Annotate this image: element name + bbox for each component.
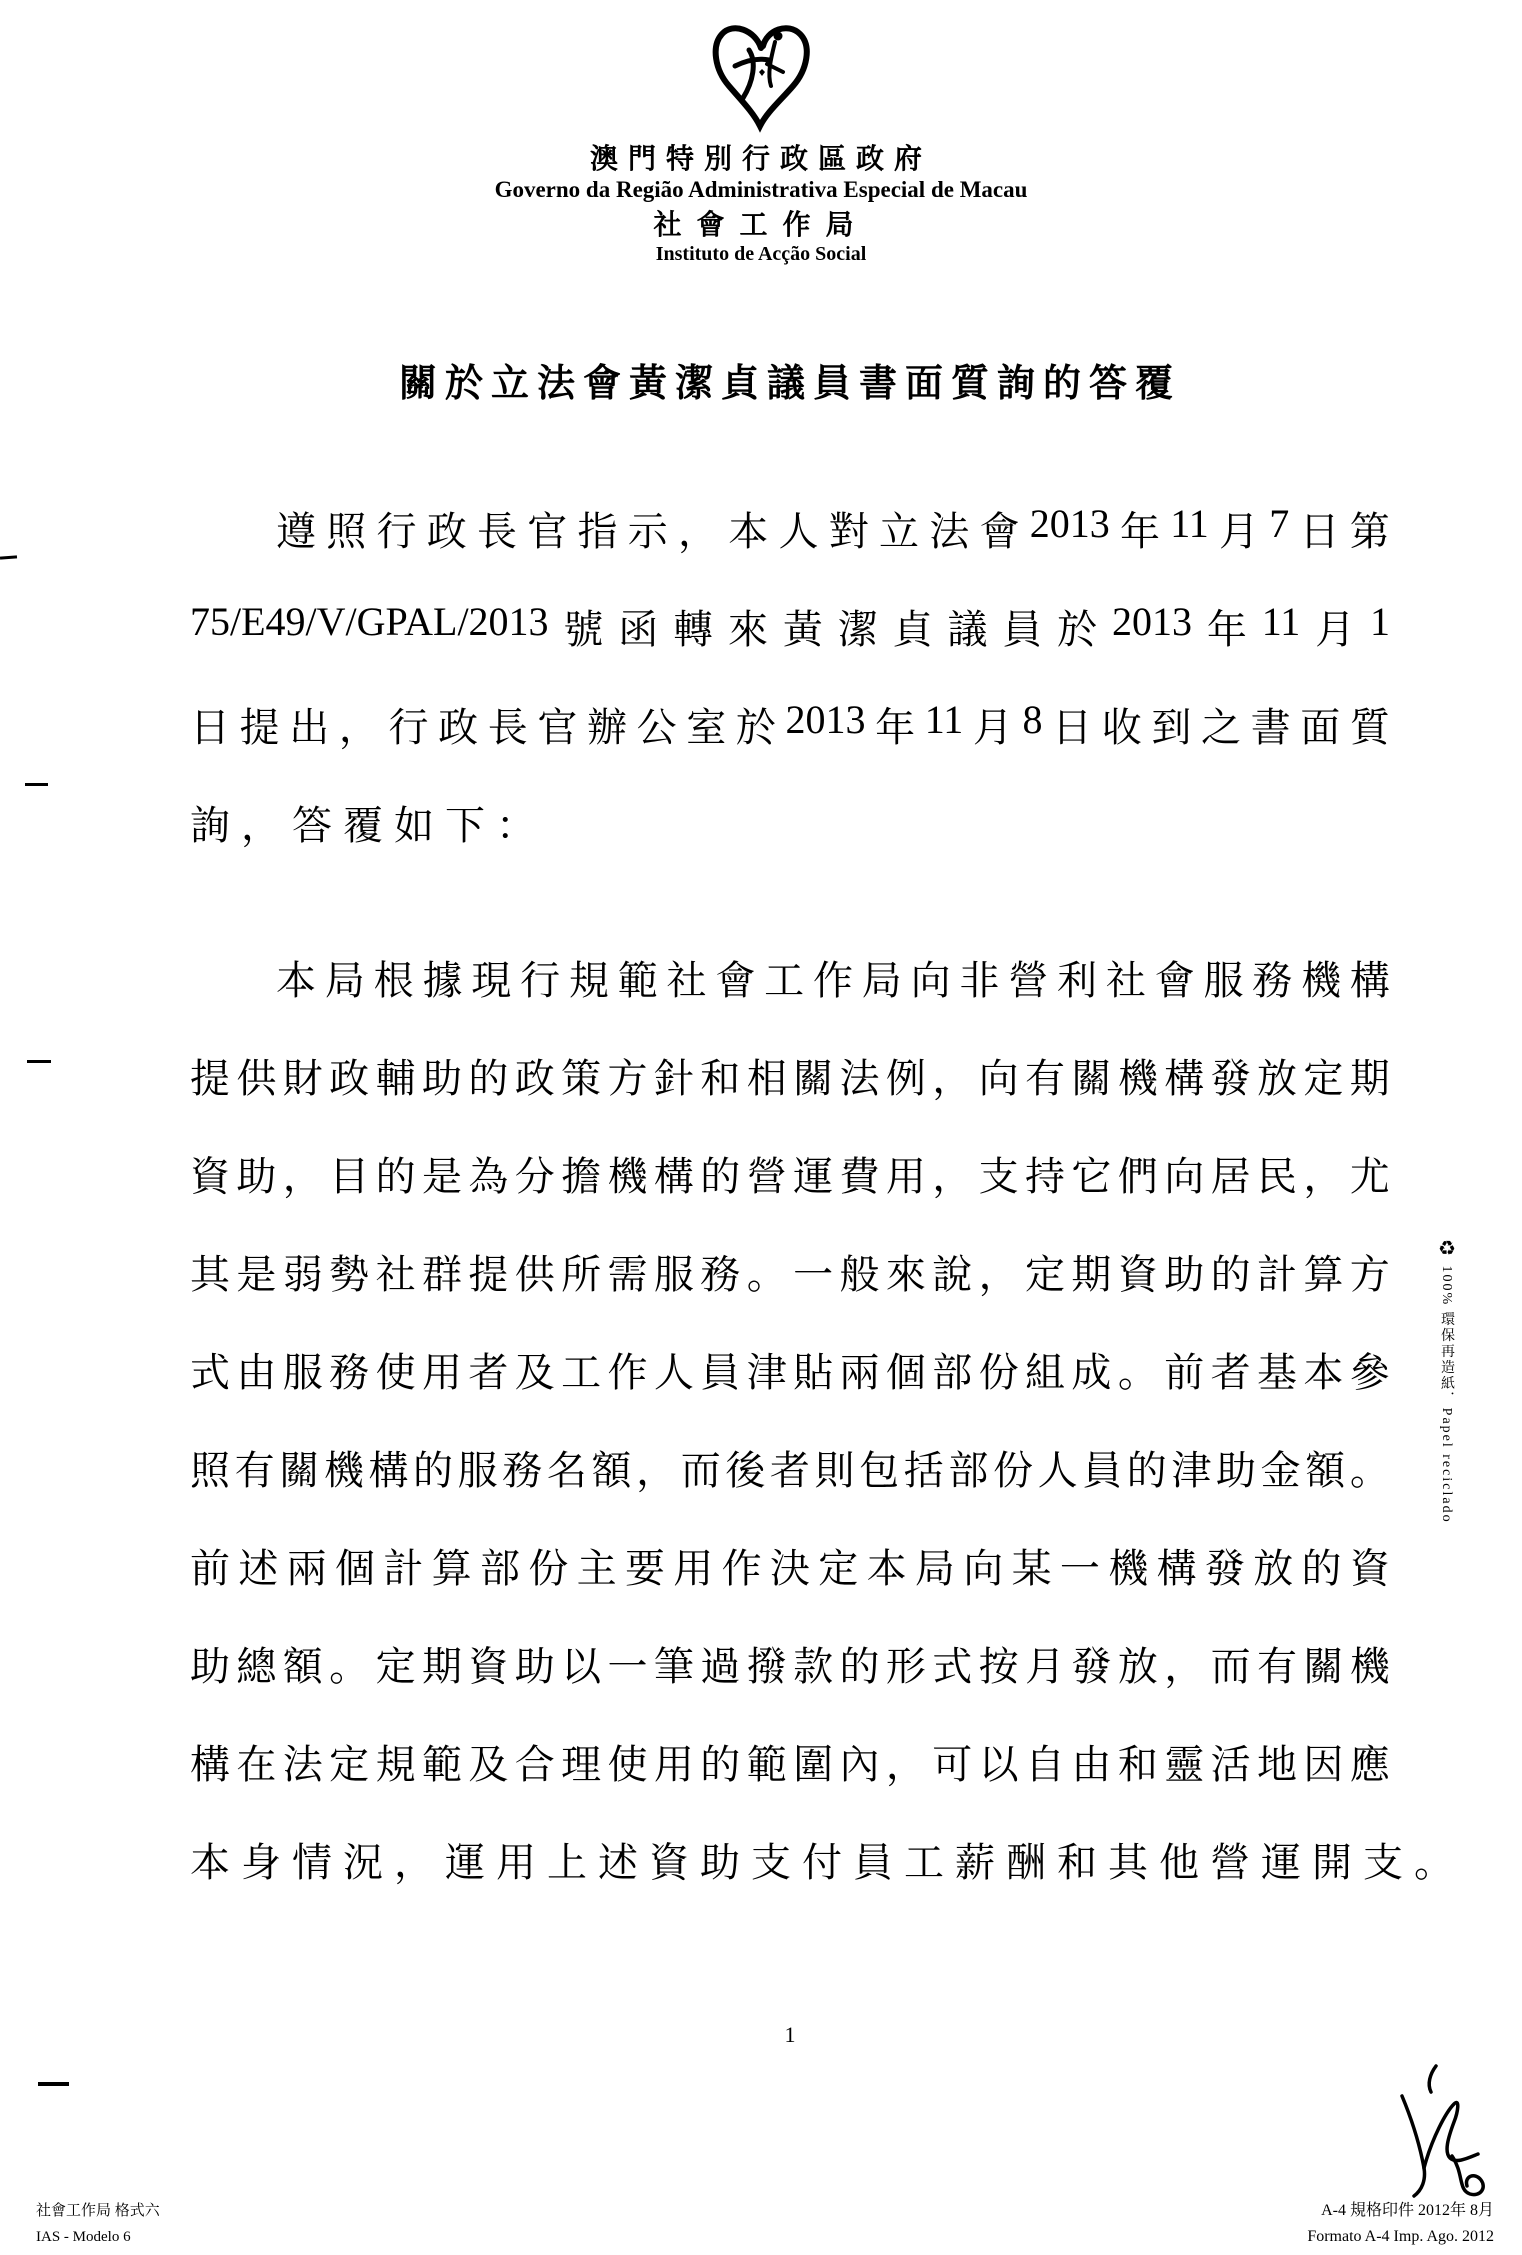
government-name-zh: 澳門特別行政區政府 (0, 144, 1522, 176)
document-header: 澳門特別行政區政府 Governo da Região Administrati… (0, 20, 1522, 266)
body-line: 日提出，行政長官辦公室於2013年11月8日收到之書面質 (190, 696, 1390, 794)
print-reference-pt: Formato A-4 Imp. Ago. 2012 (1307, 2224, 1494, 2250)
page-title: 關於立法會黃潔貞議員書面質詢的答覆 (190, 352, 1390, 407)
form-reference-zh: 社會工作局 格式六 (36, 2198, 160, 2224)
scan-mark (38, 2082, 69, 2086)
body-line: 遵照行政長官指示，本人對立法會2013年11月7日第 (190, 500, 1390, 598)
body-line: 本身情況，運用上述資助支付員工薪酬和其他營運開支。 (190, 1831, 1390, 1929)
scan-mark (0, 555, 17, 559)
government-name-pt: Governo da Região Administrativa Especia… (0, 176, 1522, 204)
bureau-name-pt: Instituto de Acção Social (0, 242, 1522, 266)
letter-body: 遵照行政長官指示，本人對立法會2013年11月7日第 75/E49/V/GPAL… (190, 500, 1390, 1929)
body-line: 本局根據現行規範社會工作局向非營利社會服務機構 (190, 949, 1390, 1047)
form-reference: 社會工作局 格式六 IAS - Modelo 6 (36, 2198, 160, 2251)
body-line: 構在法定規範及合理使用的範圍內，可以自由和靈活地因應 (190, 1733, 1390, 1831)
recycled-paper-note: ♻ 100% 環保再造紙．Papel reciclado (1434, 1236, 1458, 1656)
print-reference: A-4 規格印件 2012年 8月 Formato A-4 Imp. Ago. … (1307, 2198, 1494, 2251)
scan-mark (27, 1060, 51, 1063)
body-line: 式由服務使用者及工作人員津貼兩個部份組成。前者基本參 (190, 1341, 1390, 1439)
recycled-paper-text: 100% 環保再造紙．Papel reciclado (1439, 1266, 1454, 1524)
page-number: 1 (190, 2022, 1390, 2048)
handwritten-signature (1392, 2062, 1518, 2212)
scan-mark (25, 783, 48, 786)
form-reference-pt: IAS - Modelo 6 (36, 2224, 160, 2250)
ias-heart-logo (709, 20, 813, 138)
body-line: 其是弱勢社群提供所需服務。一般來說，定期資助的計算方 (190, 1243, 1390, 1341)
body-line: 提供財政輔助的政策方針和相關法例，向有關機構發放定期 (190, 1047, 1390, 1145)
print-reference-zh: A-4 規格印件 2012年 8月 (1307, 2198, 1494, 2224)
bureau-name-zh: 社會工作局 (0, 210, 1522, 242)
recycle-icon: ♻ (1435, 1236, 1457, 1260)
body-line: 照有關機構的服務名額，而後者則包括部份人員的津助金額。 (190, 1439, 1390, 1537)
body-line: 助總額。定期資助以一筆過撥款的形式按月發放，而有關機 (190, 1635, 1390, 1733)
scanned-document-page: 澳門特別行政區政府 Governo da Região Administrati… (0, 0, 1522, 2255)
paragraph: 本局根據現行規範社會工作局向非營利社會服務機構 提供財政輔助的政策方針和相關法例… (190, 949, 1390, 1929)
body-line: 75/E49/V/GPAL/2013號函轉來黃潔貞議員於2013年11月1 (190, 598, 1390, 696)
body-line: 前述兩個計算部份主要用作決定本局向某一機構發放的資 (190, 1537, 1390, 1635)
body-line: 詢，答覆如下： (190, 794, 1390, 892)
body-line: 資助，目的是為分擔機構的營運費用，支持它們向居民，尤 (190, 1145, 1390, 1243)
paragraph: 遵照行政長官指示，本人對立法會2013年11月7日第 75/E49/V/GPAL… (190, 500, 1390, 892)
